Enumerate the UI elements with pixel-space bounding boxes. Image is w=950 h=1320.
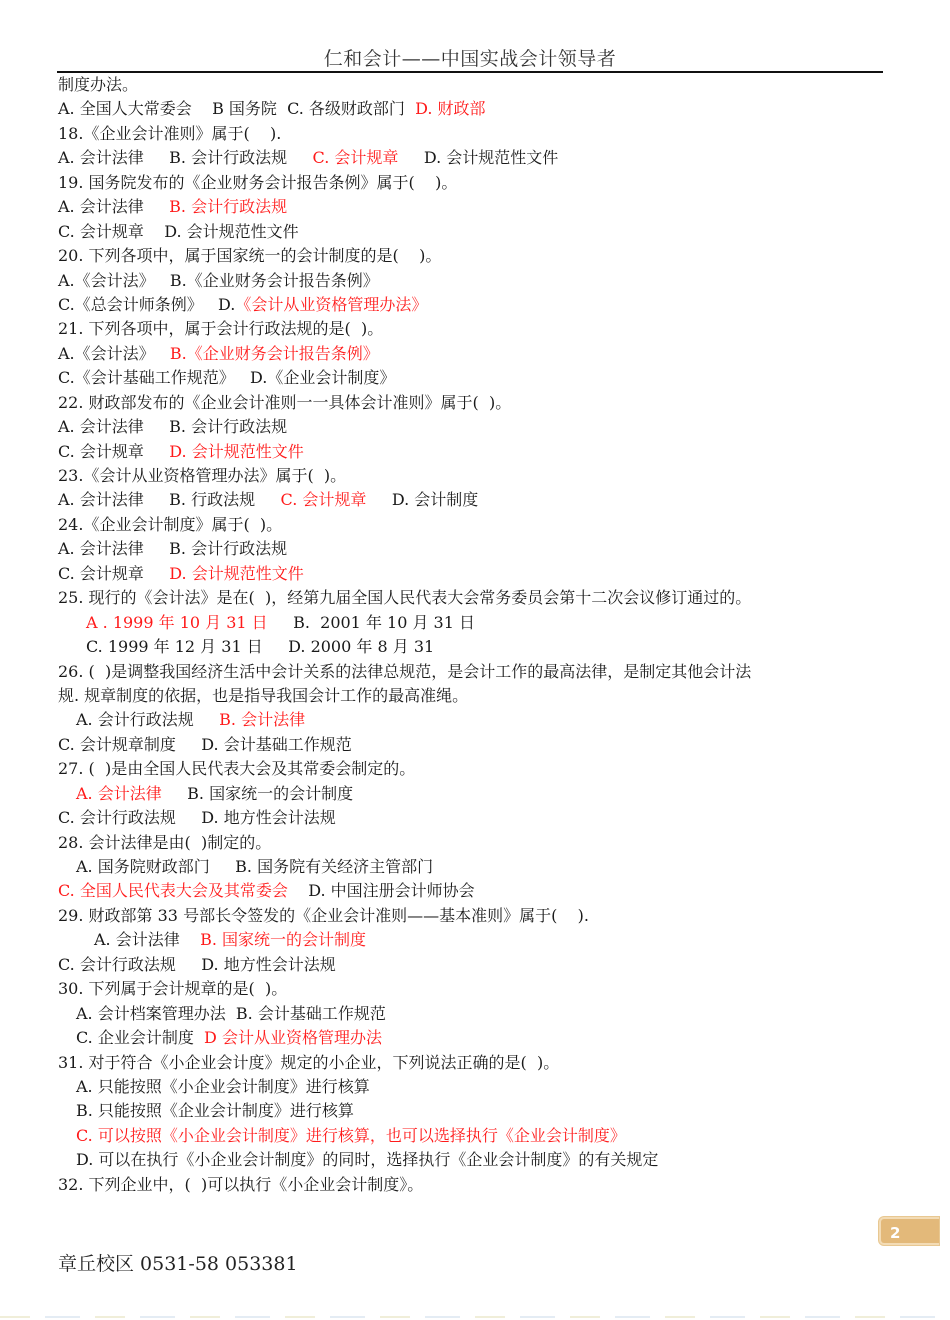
text-segment: A. 国务院财政部门 B. 国务院有关经济主管部门 <box>76 857 433 876</box>
text-line: C.《总会计师条例》 D.《会计从业资格管理办法》 <box>58 293 888 317</box>
text-line: 21. 下列各项中，属于会计行政法规的是( )。 <box>58 317 888 341</box>
page-number-badge: 2 <box>879 1217 939 1245</box>
text-segment: 27. ( )是由全国人民代表大会及其常委会制定的。 <box>58 759 415 778</box>
text-segment: 29. 财政部第 33 号部长令签发的《企业会计准则——基本准则》属于( ). <box>58 906 589 925</box>
text-line: A.《会计法》 B.《企业财务会计报告条例》 <box>58 269 888 293</box>
text-line: C. 会计行政法规 D. 地方性会计法规 <box>58 806 888 830</box>
text-segment: B. 国家统一的会计制度 <box>162 784 353 803</box>
text-line: 制度办法。 <box>58 73 888 97</box>
text-line: A. 国务院财政部门 B. 国务院有关经济主管部门 <box>58 855 888 879</box>
text-line: C. 全国人民代表大会及其常委会 D. 中国注册会计师协会 <box>58 879 888 903</box>
text-line: A. 会计法律 B. 行政法规 C. 会计规章 D. 会计制度 <box>58 488 888 512</box>
answer-highlight: C. 会计规章 <box>313 148 399 167</box>
text-line: A. 会计档案管理办法 B. 会计基础工作规范 <box>58 1002 888 1026</box>
text-segment: A. 会计法律 B. 会计行政法规 <box>58 417 287 436</box>
text-segment: 25. 现行的《会计法》是在( )，经第九届全国人民代表大会常务委员会第十二次会… <box>58 588 751 607</box>
text-line: A. 会计法律 B. 国家统一的会计制度 <box>58 928 888 952</box>
answer-highlight: C. 会计规章 <box>281 490 367 509</box>
text-line: 20. 下列各项中，属于国家统一的会计制度的是( )。 <box>58 244 888 268</box>
text-line: C. 会计行政法规 D. 地方性会计法规 <box>58 953 888 977</box>
text-line: C. 会计规章 D. 会计规范性文件 <box>58 440 888 464</box>
text-line: A. 会计法律 B. 会计行政法规 C. 会计规章 D. 会计规范性文件 <box>58 146 888 170</box>
text-segment: C. 会计行政法规 D. 地方性会计法规 <box>58 808 336 827</box>
text-line: 23.《会计从业资格管理办法》属于( )。 <box>58 464 888 488</box>
text-segment: A. 会计法律 <box>94 930 200 949</box>
text-segment: A. 会计法律 B. 会计行政法规 <box>58 148 313 167</box>
answer-highlight: D. 财政部 <box>415 99 485 118</box>
text-segment: A. 全国人大常委会 B 国务院 C. 各级财政部门 <box>58 99 415 118</box>
text-segment: A. 会计档案管理办法 B. 会计基础工作规范 <box>76 1004 386 1023</box>
text-segment: 32. 下列企业中，( )可以执行《小企业会计制度》。 <box>58 1175 423 1194</box>
text-line: 规. 规章制度的依据，也是指导我国会计工作的最高准绳。 <box>58 684 888 708</box>
text-segment: 28. 会计法律是由( )制定的。 <box>58 833 271 852</box>
text-segment: 制度办法。 <box>58 75 138 94</box>
text-segment: A. 会计法律 B. 行政法规 <box>58 490 281 509</box>
document-body: 制度办法。A. 全国人大常委会 B 国务院 C. 各级财政部门 D. 财政部18… <box>58 73 888 1197</box>
text-line: 27. ( )是由全国人民代表大会及其常委会制定的。 <box>58 757 888 781</box>
text-segment: C. 会计规章 <box>58 564 169 583</box>
text-segment: D. 中国注册会计师协会 <box>288 881 475 900</box>
text-segment: 20. 下列各项中，属于国家统一的会计制度的是( )。 <box>58 246 441 265</box>
answer-highlight: A . 1999 年 10 月 31 日 <box>86 613 268 632</box>
text-line: 25. 现行的《会计法》是在( )，经第九届全国人民代表大会常务委员会第十二次会… <box>58 586 888 610</box>
text-line: C. 会计规章 D. 会计规范性文件 <box>58 220 888 244</box>
footer-campus-contact: 章丘校区 0531-58 053381 <box>58 1249 298 1276</box>
text-segment: C. 会计行政法规 D. 地方性会计法规 <box>58 955 336 974</box>
text-segment: C. 会计规章 <box>58 442 169 461</box>
text-segment: 19. 国务院发布的《企业财务会计报告条例》属于( )。 <box>58 173 457 192</box>
text-line: C. 可以按照《小企业会计制度》进行核算，也可以选择执行《企业会计制度》 <box>58 1124 888 1148</box>
text-segment: 22. 财政部发布的《企业会计准则一一具体会计准则》属于( )。 <box>58 393 511 412</box>
text-line: 22. 财政部发布的《企业会计准则一一具体会计准则》属于( )。 <box>58 391 888 415</box>
text-line: C.《会计基础工作规范》 D.《企业会计制度》 <box>58 366 888 390</box>
text-segment: C. 会计规章 D. 会计规范性文件 <box>58 222 299 241</box>
text-line: 19. 国务院发布的《企业财务会计报告条例》属于( )。 <box>58 171 888 195</box>
answer-highlight: 《会计从业资格管理办法》 <box>235 295 427 314</box>
text-segment: 23.《会计从业资格管理办法》属于( )。 <box>58 466 346 485</box>
answer-highlight: D 会计从业资格管理办法 <box>204 1028 382 1047</box>
text-line: 26. ( )是调整我国经济生活中会计关系的法律总规范，是会计工作的最高法律，是… <box>58 660 888 684</box>
text-segment: A. 会计法律 <box>58 197 169 216</box>
answer-highlight: A. 会计法律 <box>76 784 162 803</box>
text-segment: 24.《企业会计制度》属于( )。 <box>58 515 282 534</box>
answer-highlight: D. 会计规范性文件 <box>169 442 303 461</box>
text-segment: 30. 下列属于会计规章的是( )。 <box>58 979 287 998</box>
text-segment: C.《会计基础工作规范》 D.《企业会计制度》 <box>58 368 395 387</box>
text-segment: C.《总会计师条例》 D. <box>58 295 235 314</box>
text-line: 31. 对于符合《小企业会计度》规定的小企业，下列说法正确的是( )。 <box>58 1051 888 1075</box>
text-line: 32. 下列企业中，( )可以执行《小企业会计制度》。 <box>58 1173 888 1197</box>
text-line: B. 只能按照《企业会计制度》进行核算 <box>58 1099 888 1123</box>
text-line: A. 会计行政法规 B. 会计法律 <box>58 708 888 732</box>
answer-highlight: B. 会计法律 <box>219 710 305 729</box>
text-line: 24.《企业会计制度》属于( )。 <box>58 513 888 537</box>
text-line: A . 1999 年 10 月 31 日 B. 2001 年 10 月 31 日 <box>58 611 888 635</box>
text-line: C. 企业会计制度 D 会计从业资格管理办法 <box>58 1026 888 1050</box>
answer-highlight: C. 全国人民代表大会及其常委会 <box>58 881 288 900</box>
text-line: A. 会计法律 B. 会计行政法规 <box>58 415 888 439</box>
text-line: 18.《企业会计准则》属于( ). <box>58 122 888 146</box>
text-segment: D. 会计规范性文件 <box>398 148 558 167</box>
answer-highlight: B. 国家统一的会计制度 <box>200 930 366 949</box>
text-line: 28. 会计法律是由( )制定的。 <box>58 831 888 855</box>
answer-highlight: D. 会计规范性文件 <box>169 564 303 583</box>
text-segment: 18.《企业会计准则》属于( ). <box>58 124 281 143</box>
page-bottom-edge <box>0 1316 950 1318</box>
text-line: 29. 财政部第 33 号部长令签发的《企业会计准则——基本准则》属于( ). <box>58 904 888 928</box>
text-segment: B. 只能按照《企业会计制度》进行核算 <box>76 1101 354 1120</box>
text-segment: C. 会计规章制度 D. 会计基础工作规范 <box>58 735 352 754</box>
text-segment: A.《会计法》 B.《企业财务会计报告条例》 <box>58 271 379 290</box>
text-segment: C. 1999 年 12 月 31 日 D. 2000 年 8 月 31 <box>86 637 434 656</box>
text-line: D. 可以在执行《小企业会计制度》的同时，选择执行《企业会计制度》的有关规定 <box>58 1148 888 1172</box>
text-segment: D. 可以在执行《小企业会计制度》的同时，选择执行《企业会计制度》的有关规定 <box>76 1150 658 1169</box>
text-line: A.《会计法》 B.《企业财务会计报告条例》 <box>58 342 888 366</box>
answer-highlight: C. 可以按照《小企业会计制度》进行核算，也可以选择执行《企业会计制度》 <box>76 1126 626 1145</box>
text-line: C. 会计规章制度 D. 会计基础工作规范 <box>58 733 888 757</box>
text-segment: A. 会计行政法规 <box>76 710 219 729</box>
text-segment: B. 2001 年 10 月 31 日 <box>268 613 475 632</box>
text-line: A. 会计法律 B. 国家统一的会计制度 <box>58 782 888 806</box>
text-segment: A.《会计法》 <box>58 344 170 363</box>
answer-highlight: B. 会计行政法规 <box>169 197 287 216</box>
text-line: A. 会计法律 B. 会计行政法规 <box>58 537 888 561</box>
text-line: A. 全国人大常委会 B 国务院 C. 各级财政部门 D. 财政部 <box>58 97 888 121</box>
text-segment: 规. 规章制度的依据，也是指导我国会计工作的最高准绳。 <box>58 686 468 705</box>
answer-highlight: B.《企业财务会计报告条例》 <box>170 344 379 363</box>
text-segment: 26. ( )是调整我国经济生活中会计关系的法律总规范，是会计工作的最高法律，是… <box>58 662 751 681</box>
text-line: C. 1999 年 12 月 31 日 D. 2000 年 8 月 31 <box>58 635 888 659</box>
text-line: A. 会计法律 B. 会计行政法规 <box>58 195 888 219</box>
text-line: 30. 下列属于会计规章的是( )。 <box>58 977 888 1001</box>
text-line: A. 只能按照《小企业会计制度》进行核算 <box>58 1075 888 1099</box>
text-segment: 21. 下列各项中，属于会计行政法规的是( )。 <box>58 319 383 338</box>
text-segment: A. 会计法律 B. 会计行政法规 <box>58 539 287 558</box>
page-header-title: 仁和会计——中国实战会计领导者 <box>0 44 940 71</box>
text-line: C. 会计规章 D. 会计规范性文件 <box>58 562 888 586</box>
text-segment: C. 企业会计制度 <box>76 1028 204 1047</box>
text-segment: 31. 对于符合《小企业会计度》规定的小企业，下列说法正确的是( )。 <box>58 1053 559 1072</box>
text-segment: A. 只能按照《小企业会计制度》进行核算 <box>76 1077 370 1096</box>
text-segment: D. 会计制度 <box>366 490 478 509</box>
